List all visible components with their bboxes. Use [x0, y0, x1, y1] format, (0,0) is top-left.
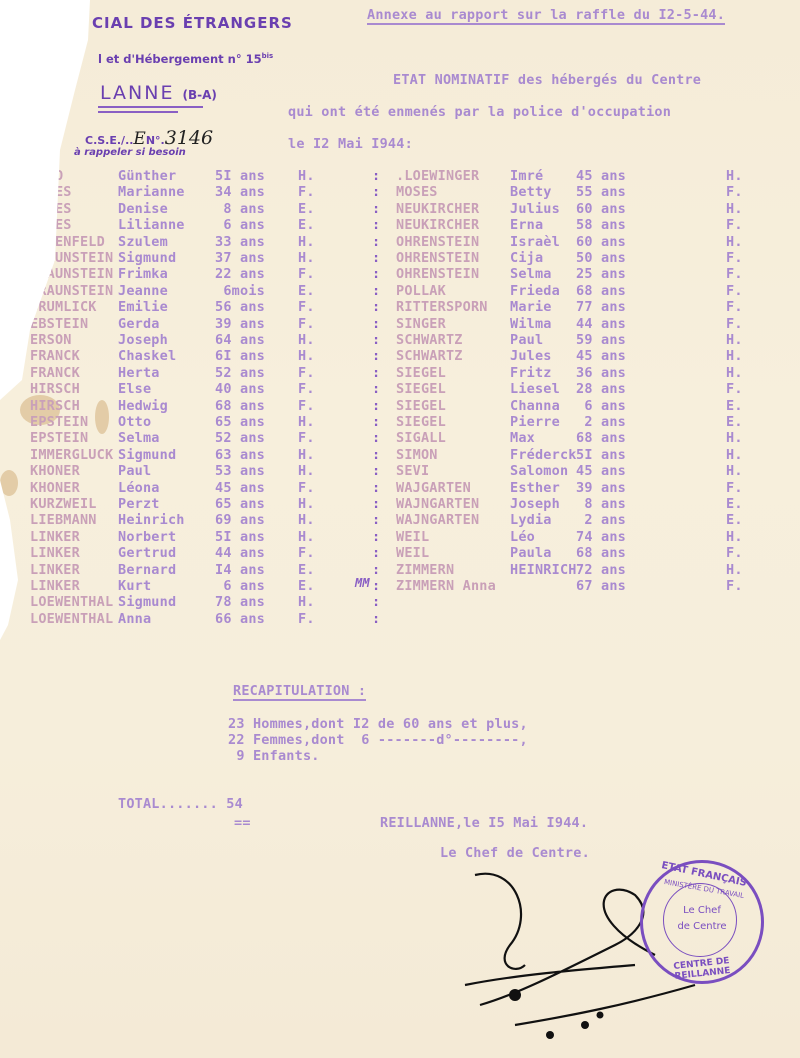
cell-first: Pierre	[510, 414, 560, 430]
reference-note: à rappeler si besoin	[74, 147, 186, 158]
cell-age: 63 ans	[205, 447, 265, 463]
cell-first: Léona	[118, 480, 160, 496]
cell-surname: NEUKIRCHER	[396, 201, 479, 217]
cell-sex: H.	[726, 348, 743, 364]
place-date: REILLANNE,le I5 Mai I944.	[380, 815, 588, 831]
letterhead-town-text: LANNE	[100, 82, 174, 104]
cell-age: 55 ans	[566, 184, 626, 200]
cell-surname: FRANCK	[30, 348, 80, 364]
cell-surname: OHRENSTEIN	[396, 234, 479, 250]
cell-first: Else	[118, 381, 151, 397]
cell-sex: H.	[298, 414, 315, 430]
cell-first: Salomon	[510, 463, 568, 479]
cell-sex: E.	[726, 398, 743, 414]
cell-age: 6 ans	[566, 398, 626, 414]
cell-surname: BRUMLICK	[30, 299, 97, 315]
cell-sex: F.	[298, 545, 315, 561]
cell-first: Jeanne	[118, 283, 168, 299]
cell-sex: F.	[298, 398, 315, 414]
cell-sex: F.	[726, 578, 743, 594]
reference-no-label: N°.	[146, 134, 165, 147]
cell-surname: LINKER	[30, 529, 80, 545]
cell-first: Heinrich	[118, 512, 185, 528]
cell-sex: H.	[726, 234, 743, 250]
cell-first: Imré	[510, 168, 543, 184]
cell-first: Betty	[510, 184, 552, 200]
cell-surname: LINKER	[30, 562, 80, 578]
cell-first: Frieda	[510, 283, 560, 299]
cell-sex: E.	[298, 201, 315, 217]
cell-age: 65 ans	[205, 496, 265, 512]
cell-surname: INNES	[30, 201, 72, 217]
cell-first: Léo	[510, 529, 535, 545]
cell-surname: SIEGEL	[396, 414, 446, 430]
column-separator: :	[372, 447, 380, 463]
total-label: TOTAL.......	[118, 796, 218, 812]
cell-sex: E.	[726, 512, 743, 528]
cell-first: Max	[510, 430, 535, 446]
column-separator: :	[372, 430, 380, 446]
cell-sex: H.	[298, 463, 315, 479]
cell-sex: F.	[726, 184, 743, 200]
cell-sex: H.	[726, 168, 743, 184]
cell-surname: LOEWENTHAL	[30, 611, 113, 627]
recap-line3: 9 Enfants.	[228, 748, 320, 764]
letterhead-town: LANNE (B-A)	[100, 82, 217, 104]
cell-first: Wilma	[510, 316, 552, 332]
cell-sex: F.	[298, 266, 315, 282]
column-separator: :	[372, 299, 380, 315]
cell-sex: H.	[298, 496, 315, 512]
cell-age: 69 ans	[205, 512, 265, 528]
cell-age: 67 ans	[566, 578, 626, 594]
column-separator: :	[372, 283, 380, 299]
cell-age: 45 ans	[566, 348, 626, 364]
cell-surname: BRAUNSTEIN	[30, 283, 113, 299]
cell-first: Perzt	[118, 496, 160, 512]
letterhead-line2-sup: bis	[262, 52, 274, 60]
cell-age: 6I ans	[205, 348, 265, 364]
cell-age: 25 ans	[566, 266, 626, 282]
reference-handwritten-number: 3146	[165, 127, 213, 149]
cell-sex: F.	[726, 545, 743, 561]
cell-first: Joseph	[118, 332, 168, 348]
cell-age: 66 ans	[205, 611, 265, 627]
margin-mark: MM	[355, 576, 370, 590]
cell-sex: F.	[726, 217, 743, 233]
cell-sex: F.	[726, 381, 743, 397]
cell-age: 39 ans	[205, 316, 265, 332]
cell-sex: F.	[726, 480, 743, 496]
cell-sex: F.	[298, 184, 315, 200]
cell-surname: ERSON	[30, 332, 72, 348]
cell-surname: OHRENSTEIN	[396, 250, 479, 266]
column-separator: :	[372, 414, 380, 430]
recap-line1: 23 Hommes,dont I2 de 60 ans et plus,	[228, 716, 528, 732]
cell-sex: H.	[298, 447, 315, 463]
cell-surname: WAJNGARTEN	[396, 496, 479, 512]
cell-surname: EBSTEIN	[30, 316, 88, 332]
cell-sex: H.	[726, 447, 743, 463]
column-separator: :	[372, 168, 380, 184]
total-value: 54	[226, 796, 243, 812]
cell-sex: H.	[726, 430, 743, 446]
total-underline: ==	[234, 815, 251, 831]
cell-first: Marianne	[118, 184, 185, 200]
stamp-center-line1: Le Chef	[667, 905, 737, 916]
column-separator: :	[372, 266, 380, 282]
cell-first: Channa	[510, 398, 560, 414]
column-separator: :	[372, 316, 380, 332]
cell-sex: F.	[298, 480, 315, 496]
cell-first: Selma	[510, 266, 552, 282]
cell-surname: SCHWARTZ	[396, 348, 463, 364]
cell-first: Paul	[510, 332, 543, 348]
reference-handwritten-letter: E	[133, 129, 145, 149]
cell-age: 34 ans	[205, 184, 265, 200]
column-separator: :	[372, 332, 380, 348]
cell-surname: SIEGEL	[396, 365, 446, 381]
column-separator: :	[372, 611, 380, 627]
column-separator: :	[372, 529, 380, 545]
cell-age: 5I ans	[205, 168, 265, 184]
cell-sex: E.	[298, 217, 315, 233]
cell-surname: ..BO	[30, 168, 63, 184]
cell-age: 53 ans	[205, 463, 265, 479]
cell-first: Sigmund	[118, 447, 176, 463]
cell-first: Herta	[118, 365, 160, 381]
stamp-bottom: CENTRE DE REILLANNE	[646, 953, 757, 984]
cell-surname: ZIMMERN	[396, 562, 454, 578]
cell-first: Paula	[510, 545, 552, 561]
cell-first: Günther	[118, 168, 176, 184]
cell-age: 36 ans	[566, 365, 626, 381]
cell-age: 8 ans	[566, 496, 626, 512]
cell-sex: H.	[726, 201, 743, 217]
cell-sex: H.	[298, 512, 315, 528]
column-separator: :	[372, 578, 380, 594]
cell-surname: INNES	[30, 217, 72, 233]
cell-first: Szulem	[118, 234, 168, 250]
intro-line2: qui ont été enmenés par la police d'occu…	[288, 104, 671, 120]
cell-first: Denise	[118, 201, 168, 217]
column-separator: :	[372, 480, 380, 496]
cell-age: 8 ans	[205, 201, 265, 217]
letterhead-dept: (B-A)	[183, 88, 217, 102]
cell-surname: MOSES	[396, 184, 438, 200]
cell-age: 58 ans	[566, 217, 626, 233]
reference-prefix: C.S.E./..	[85, 134, 133, 147]
cell-sex: E.	[298, 562, 315, 578]
official-stamp: ETAT FRANÇAIS MINISTÈRE DU TRAVAIL Le Ch…	[640, 860, 764, 984]
cell-surname: LOEWENTHAL	[30, 594, 113, 610]
column-separator: :	[372, 234, 380, 250]
cell-age: 68 ans	[566, 283, 626, 299]
cell-sex: F.	[726, 316, 743, 332]
document-page: CIAL DES ÉTRANGERS l et d'Hébergement n°…	[0, 0, 800, 1058]
cell-surname: ZIMMERN Anna	[396, 578, 496, 594]
cell-age: 37 ans	[205, 250, 265, 266]
cell-sex: H.	[298, 332, 315, 348]
cell-first: Marie	[510, 299, 552, 315]
cell-sex: E.	[298, 283, 315, 299]
column-separator: :	[372, 594, 380, 610]
cell-age: 74 ans	[566, 529, 626, 545]
letterhead-line1: CIAL DES ÉTRANGERS	[92, 14, 293, 32]
cell-first: Julius	[510, 201, 560, 217]
cell-first: Erna	[510, 217, 543, 233]
cell-first: Jules	[510, 348, 552, 364]
column-separator: :	[372, 365, 380, 381]
cell-age: 5I ans	[205, 529, 265, 545]
column-separator: :	[372, 201, 380, 217]
cell-first: Hedwig	[118, 398, 168, 414]
letterhead-line2: l et d'Hébergement n° 15bis	[98, 52, 273, 66]
cell-first: Paul	[118, 463, 151, 479]
column-separator: :	[372, 545, 380, 561]
cell-age: 60 ans	[566, 234, 626, 250]
stain	[0, 470, 18, 496]
cell-first: Chaskel	[118, 348, 176, 364]
cell-surname: KURZWEIL	[30, 496, 97, 512]
cell-first: Gertrud	[118, 545, 176, 561]
cell-first: Lilianne	[118, 217, 185, 233]
cell-age: 59 ans	[566, 332, 626, 348]
cell-age: 50 ans	[566, 250, 626, 266]
cell-surname: EPSTEIN	[30, 430, 88, 446]
cell-age: 2 ans	[566, 512, 626, 528]
cell-age: 44 ans	[205, 545, 265, 561]
cell-age: 33 ans	[205, 234, 265, 250]
recap-line2: 22 Femmes,dont 6 -------d°--------,	[228, 732, 528, 748]
column-separator: :	[372, 184, 380, 200]
cell-sex: F.	[726, 299, 743, 315]
column-separator: :	[372, 217, 380, 233]
cell-sex: F.	[298, 381, 315, 397]
cell-sex: H.	[726, 332, 743, 348]
cell-first: Otto	[118, 414, 151, 430]
cell-age: 56 ans	[205, 299, 265, 315]
cell-surname: SCHWARTZ	[396, 332, 463, 348]
cell-surname: EPSTEIN	[30, 414, 88, 430]
cell-age: 72 ans	[566, 562, 626, 578]
cell-sex: E.	[726, 496, 743, 512]
cell-age: 77 ans	[566, 299, 626, 315]
cell-surname: RITTERSPORN	[396, 299, 488, 315]
cell-sex: H.	[298, 250, 315, 266]
cell-first: Sigmund	[118, 250, 176, 266]
cell-sex: H.	[298, 529, 315, 545]
cell-first: Selma	[118, 430, 160, 446]
intro-line1: ETAT NOMINATIF des hébergés du Centre	[393, 72, 701, 88]
cell-first: Norbert	[118, 529, 176, 545]
cell-age: 5I ans	[566, 447, 626, 463]
cell-first: Israèl	[510, 234, 560, 250]
cell-sex: F.	[298, 316, 315, 332]
cell-surname: LINKER	[30, 545, 80, 561]
cell-age: 22 ans	[205, 266, 265, 282]
cell-age: 52 ans	[205, 430, 265, 446]
column-separator: :	[372, 496, 380, 512]
cell-sex: F.	[298, 611, 315, 627]
cell-first: Kurt	[118, 578, 151, 594]
cell-sex: H.	[726, 463, 743, 479]
cell-sex: H.	[298, 594, 315, 610]
cell-surname: BRAUNSTEIN	[30, 266, 113, 282]
column-separator: :	[372, 250, 380, 266]
cell-age: 64 ans	[205, 332, 265, 348]
cell-age: I4 ans	[205, 562, 265, 578]
letterhead-rule	[98, 106, 203, 108]
cell-surname: WAJGARTEN	[396, 480, 471, 496]
letterhead-rule	[98, 111, 178, 113]
column-separator: :	[372, 398, 380, 414]
stamp-center-line2: de Centre	[667, 921, 737, 932]
column-separator: :	[372, 562, 380, 578]
cell-age: 45 ans	[566, 463, 626, 479]
cell-surname: .LOEWINGER	[396, 168, 479, 184]
cell-sex: F.	[298, 299, 315, 315]
cell-age: 6 ans	[205, 217, 265, 233]
cell-surname: IMMERGLUCK	[30, 447, 113, 463]
cell-sex: H.	[298, 168, 315, 184]
cell-surname: INNES	[30, 184, 72, 200]
cell-surname: NEUKIRCHER	[396, 217, 479, 233]
cell-age: 65 ans	[205, 414, 265, 430]
cell-first: Anna	[118, 611, 151, 627]
cell-sex: F.	[298, 365, 315, 381]
cell-first: Bernard	[118, 562, 176, 578]
column-separator: :	[372, 512, 380, 528]
cell-surname: LIEBMANN	[30, 512, 97, 528]
cell-age: 39 ans	[566, 480, 626, 496]
cell-surname: BRAUNSTEIN	[30, 250, 113, 266]
cell-surname: FRANCK	[30, 365, 80, 381]
cell-sex: H.	[726, 562, 743, 578]
cell-age: 68 ans	[205, 398, 265, 414]
stain	[95, 400, 109, 434]
cell-age: 44 ans	[566, 316, 626, 332]
cell-surname: SIEGEL	[396, 398, 446, 414]
cell-sex: H.	[726, 365, 743, 381]
cell-first: Fritz	[510, 365, 552, 381]
cell-first: Cija	[510, 250, 543, 266]
column-separator: :	[372, 463, 380, 479]
cell-first: Emilie	[118, 299, 168, 315]
cell-sex: F.	[726, 283, 743, 299]
cell-sex: F.	[726, 266, 743, 282]
intro-line3: le I2 Mai I944:	[288, 136, 413, 152]
column-separator: :	[372, 381, 380, 397]
cell-sex: H.	[726, 529, 743, 545]
cell-surname: SIMON	[396, 447, 438, 463]
cell-sex: F.	[726, 250, 743, 266]
cell-first: Joseph	[510, 496, 560, 512]
cell-surname: WAJNGARTEN	[396, 512, 479, 528]
cell-sex: H.	[298, 234, 315, 250]
cell-first: Frimka	[118, 266, 168, 282]
cell-age: 60 ans	[566, 201, 626, 217]
cell-sex: H.	[298, 348, 315, 364]
cell-first: Gerda	[118, 316, 160, 332]
cell-surname: LINKER	[30, 578, 80, 594]
cell-first: Lydia	[510, 512, 552, 528]
cell-surname: SIEGEL	[396, 381, 446, 397]
cell-sex: E.	[726, 414, 743, 430]
reference-number: C.S.E./..EN°.3146	[85, 127, 213, 149]
annex-title: Annexe au rapport sur la raffle du I2-5-…	[367, 7, 725, 25]
cell-surname: WEIL	[396, 529, 429, 545]
cell-age: 78 ans	[205, 594, 265, 610]
cell-age: 40 ans	[205, 381, 265, 397]
total: TOTAL....... 54	[118, 796, 243, 812]
cell-surname: WEIL	[396, 545, 429, 561]
cell-surname: SEVI	[396, 463, 429, 479]
cell-first: Esther	[510, 480, 560, 496]
cell-surname: HIRSCH	[30, 381, 80, 397]
letterhead-line2-text: l et d'Hébergement n° 15	[98, 52, 262, 66]
cell-surname: HIRSCH	[30, 398, 80, 414]
cell-surname: POLLAK	[396, 283, 446, 299]
cell-age: 6mois	[205, 283, 265, 299]
cell-sex: E.	[298, 578, 315, 594]
cell-age: 68 ans	[566, 545, 626, 561]
cell-surname: KHONER	[30, 463, 80, 479]
cell-age: 45 ans	[566, 168, 626, 184]
cell-surname: IHRENFELD	[30, 234, 105, 250]
column-separator: :	[372, 348, 380, 364]
cell-age: 52 ans	[205, 365, 265, 381]
cell-age: 28 ans	[566, 381, 626, 397]
recap-title: RECAPITULATION :	[233, 683, 366, 701]
cell-age: 6 ans	[205, 578, 265, 594]
cell-first: Liesel	[510, 381, 560, 397]
cell-surname: OHRENSTEIN	[396, 266, 479, 282]
cell-surname: SIGALL	[396, 430, 446, 446]
cell-first: Sigmund	[118, 594, 176, 610]
cell-age: 45 ans	[205, 480, 265, 496]
cell-age: 2 ans	[566, 414, 626, 430]
cell-age: 68 ans	[566, 430, 626, 446]
cell-surname: SINGER	[396, 316, 446, 332]
cell-surname: KHONER	[30, 480, 80, 496]
cell-sex: F.	[298, 430, 315, 446]
